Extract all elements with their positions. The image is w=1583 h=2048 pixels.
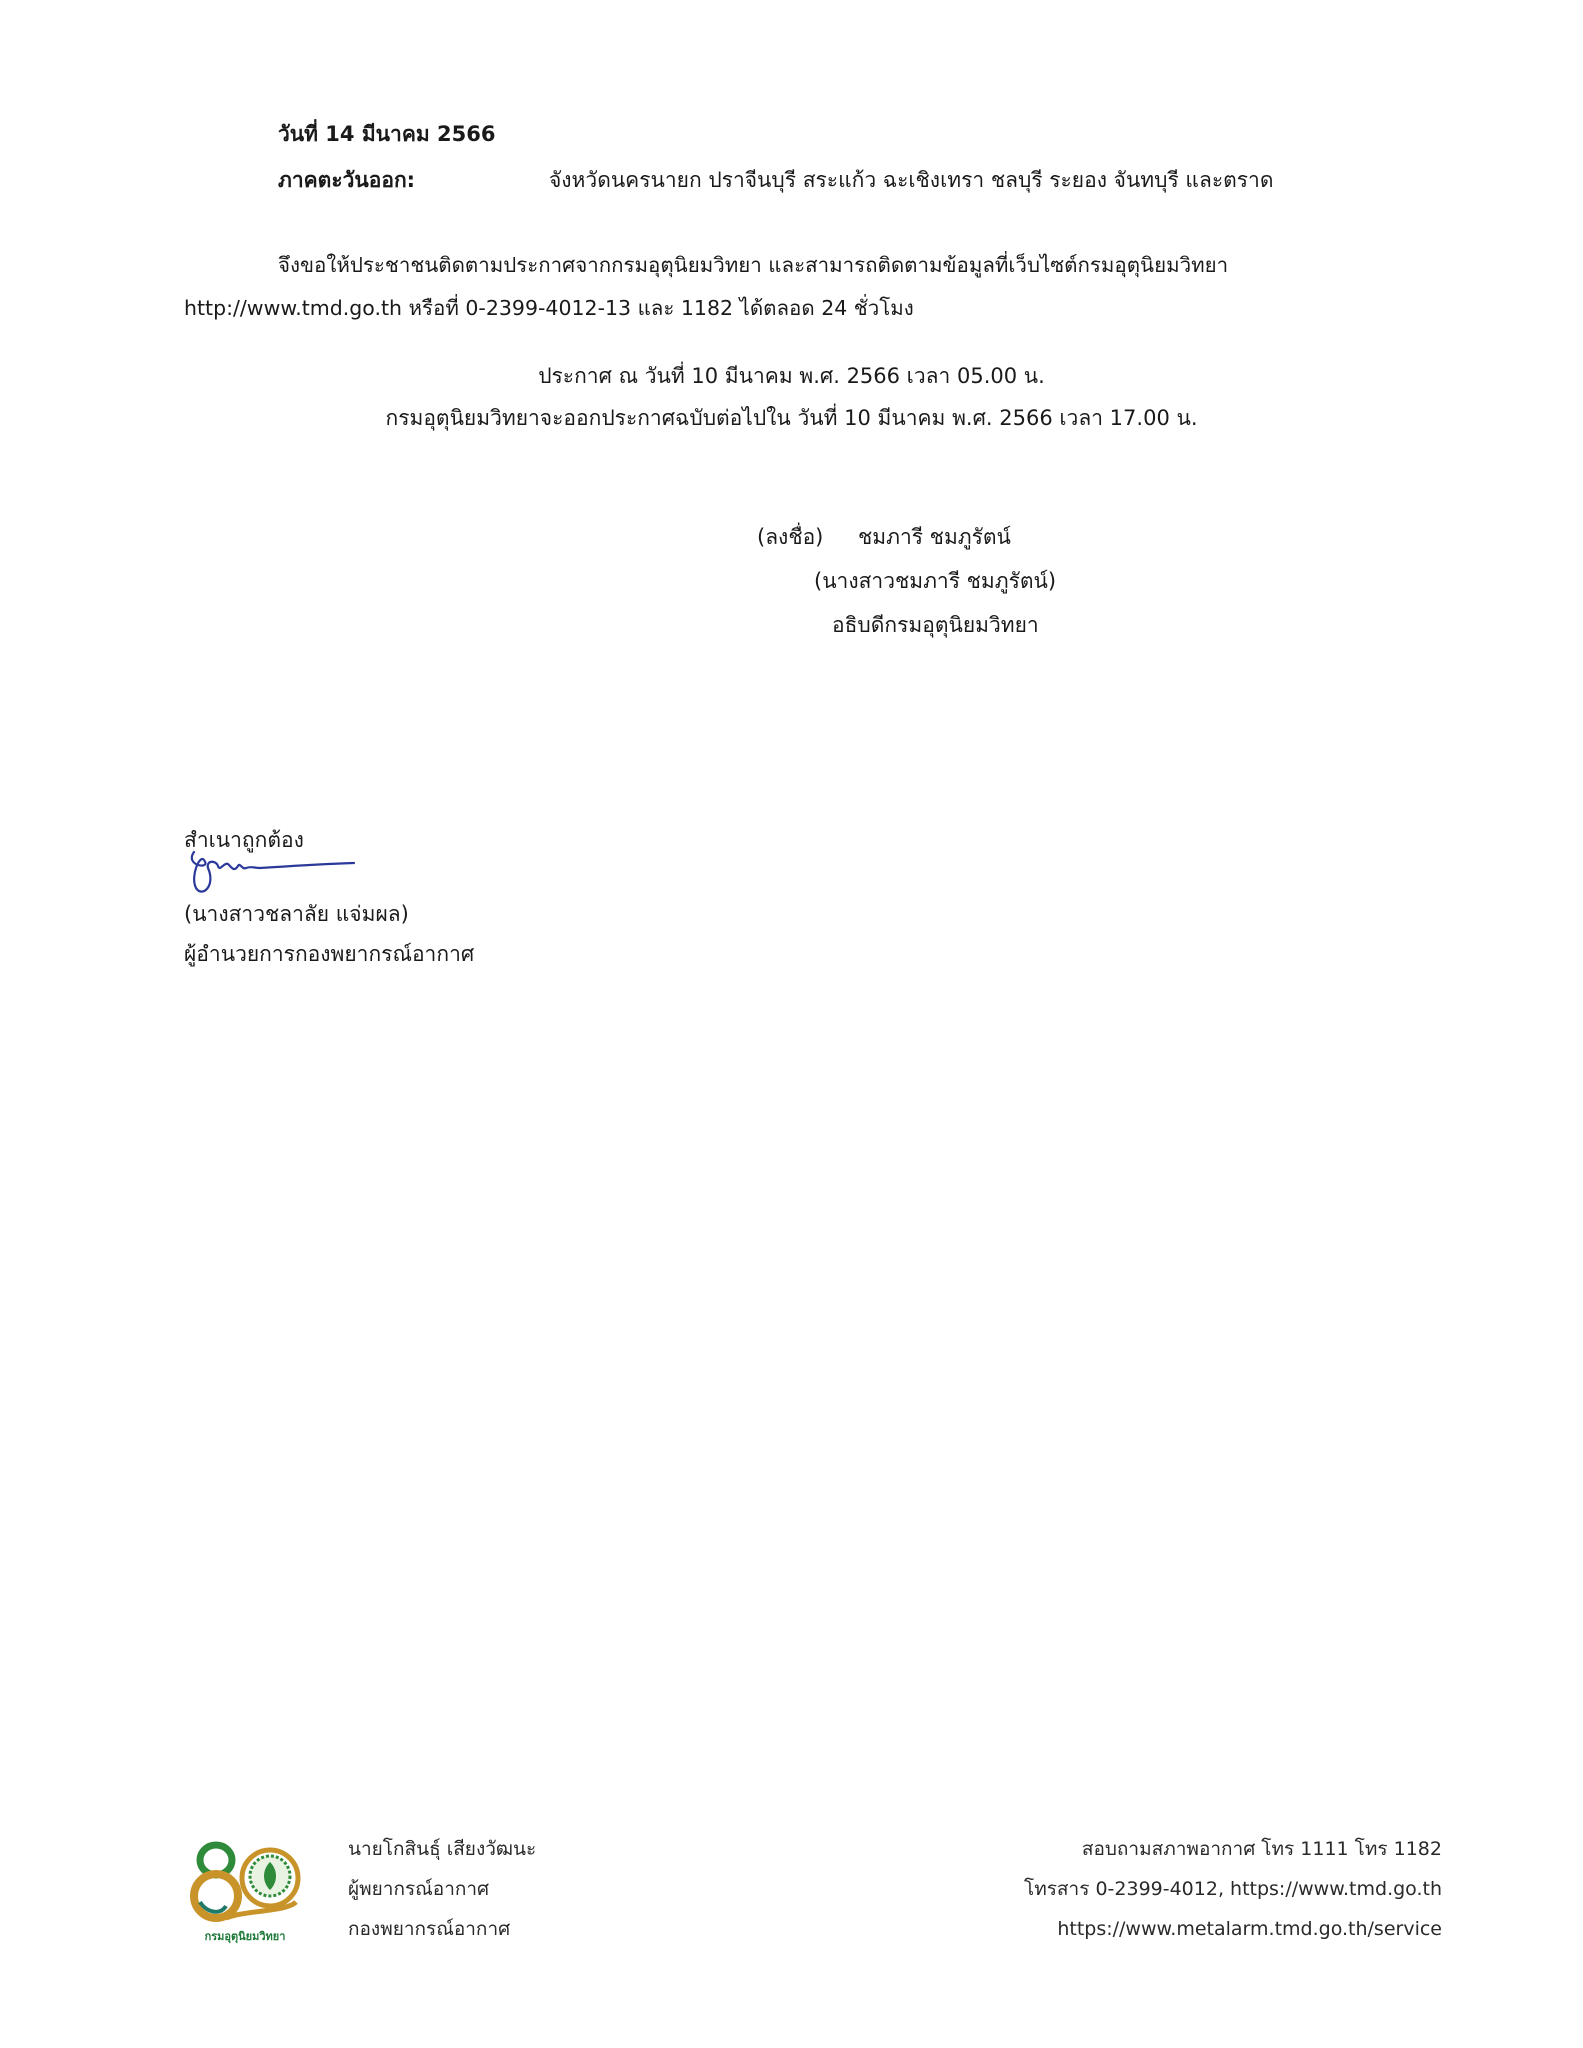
advisory-paragraph-line2: http://www.tmd.go.th หรือที่ 0-2399-4012… [184,298,914,319]
advisory-paragraph-line1: จึงขอให้ประชาชนติดตามประกาศจากกรมอุตุนิย… [278,255,1228,276]
certifier-position: ผู้อำนวยการกองพยากรณ์อากาศ [184,944,474,965]
announced-at: ประกาศ ณ วันที่ 10 มีนาคม พ.ศ. 2566 เวลา… [0,366,1583,387]
signatory-position: อธิบดีกรมอุตุนิยมวิทยา [832,615,1039,636]
tmd-logo-icon: กรมอุตุนิยมวิทยา [186,1836,304,1948]
signed-name: ชมภารี ชมภูรัตน์ [858,527,1011,548]
region-provinces: จังหวัดนครนายก ปราจีนบุรี สระแก้ว ฉะเชิง… [549,170,1273,191]
certifier-name: (นางสาวชลาลัย แจ่มผล) [184,904,409,925]
announcement-date: วันที่ 14 มีนาคม 2566 [278,124,495,145]
region-label: ภาคตะวันออก: [278,170,415,191]
contact-phone: สอบถามสภาพอากาศ โทร 1111 โทร 1182 [900,1840,1442,1859]
signed-label: (ลงชื่อ) [757,527,823,548]
signatory-full-name: (นางสาวชมภารี ชมภูรัตน์) [814,571,1056,592]
forecaster-title: ผู้พยากรณ์อากาศ [348,1880,489,1899]
forecaster-name: นายโกสินธุ์ เสียงวัฒนะ [348,1840,536,1859]
svg-text:กรมอุตุนิยมวิทยา: กรมอุตุนิยมวิทยา [205,1930,286,1944]
handwritten-signature-icon [182,846,357,898]
contact-fax-website[interactable]: โทรสาร 0-2399-4012, https://www.tmd.go.t… [900,1880,1442,1899]
next-announcement: กรมอุตุนิยมวิทยาจะออกประกาศฉบับต่อไปใน ว… [0,408,1583,429]
metalarm-service-link[interactable]: https://www.metalarm.tmd.go.th/service [900,1920,1442,1939]
forecaster-division: กองพยากรณ์อากาศ [348,1920,510,1939]
